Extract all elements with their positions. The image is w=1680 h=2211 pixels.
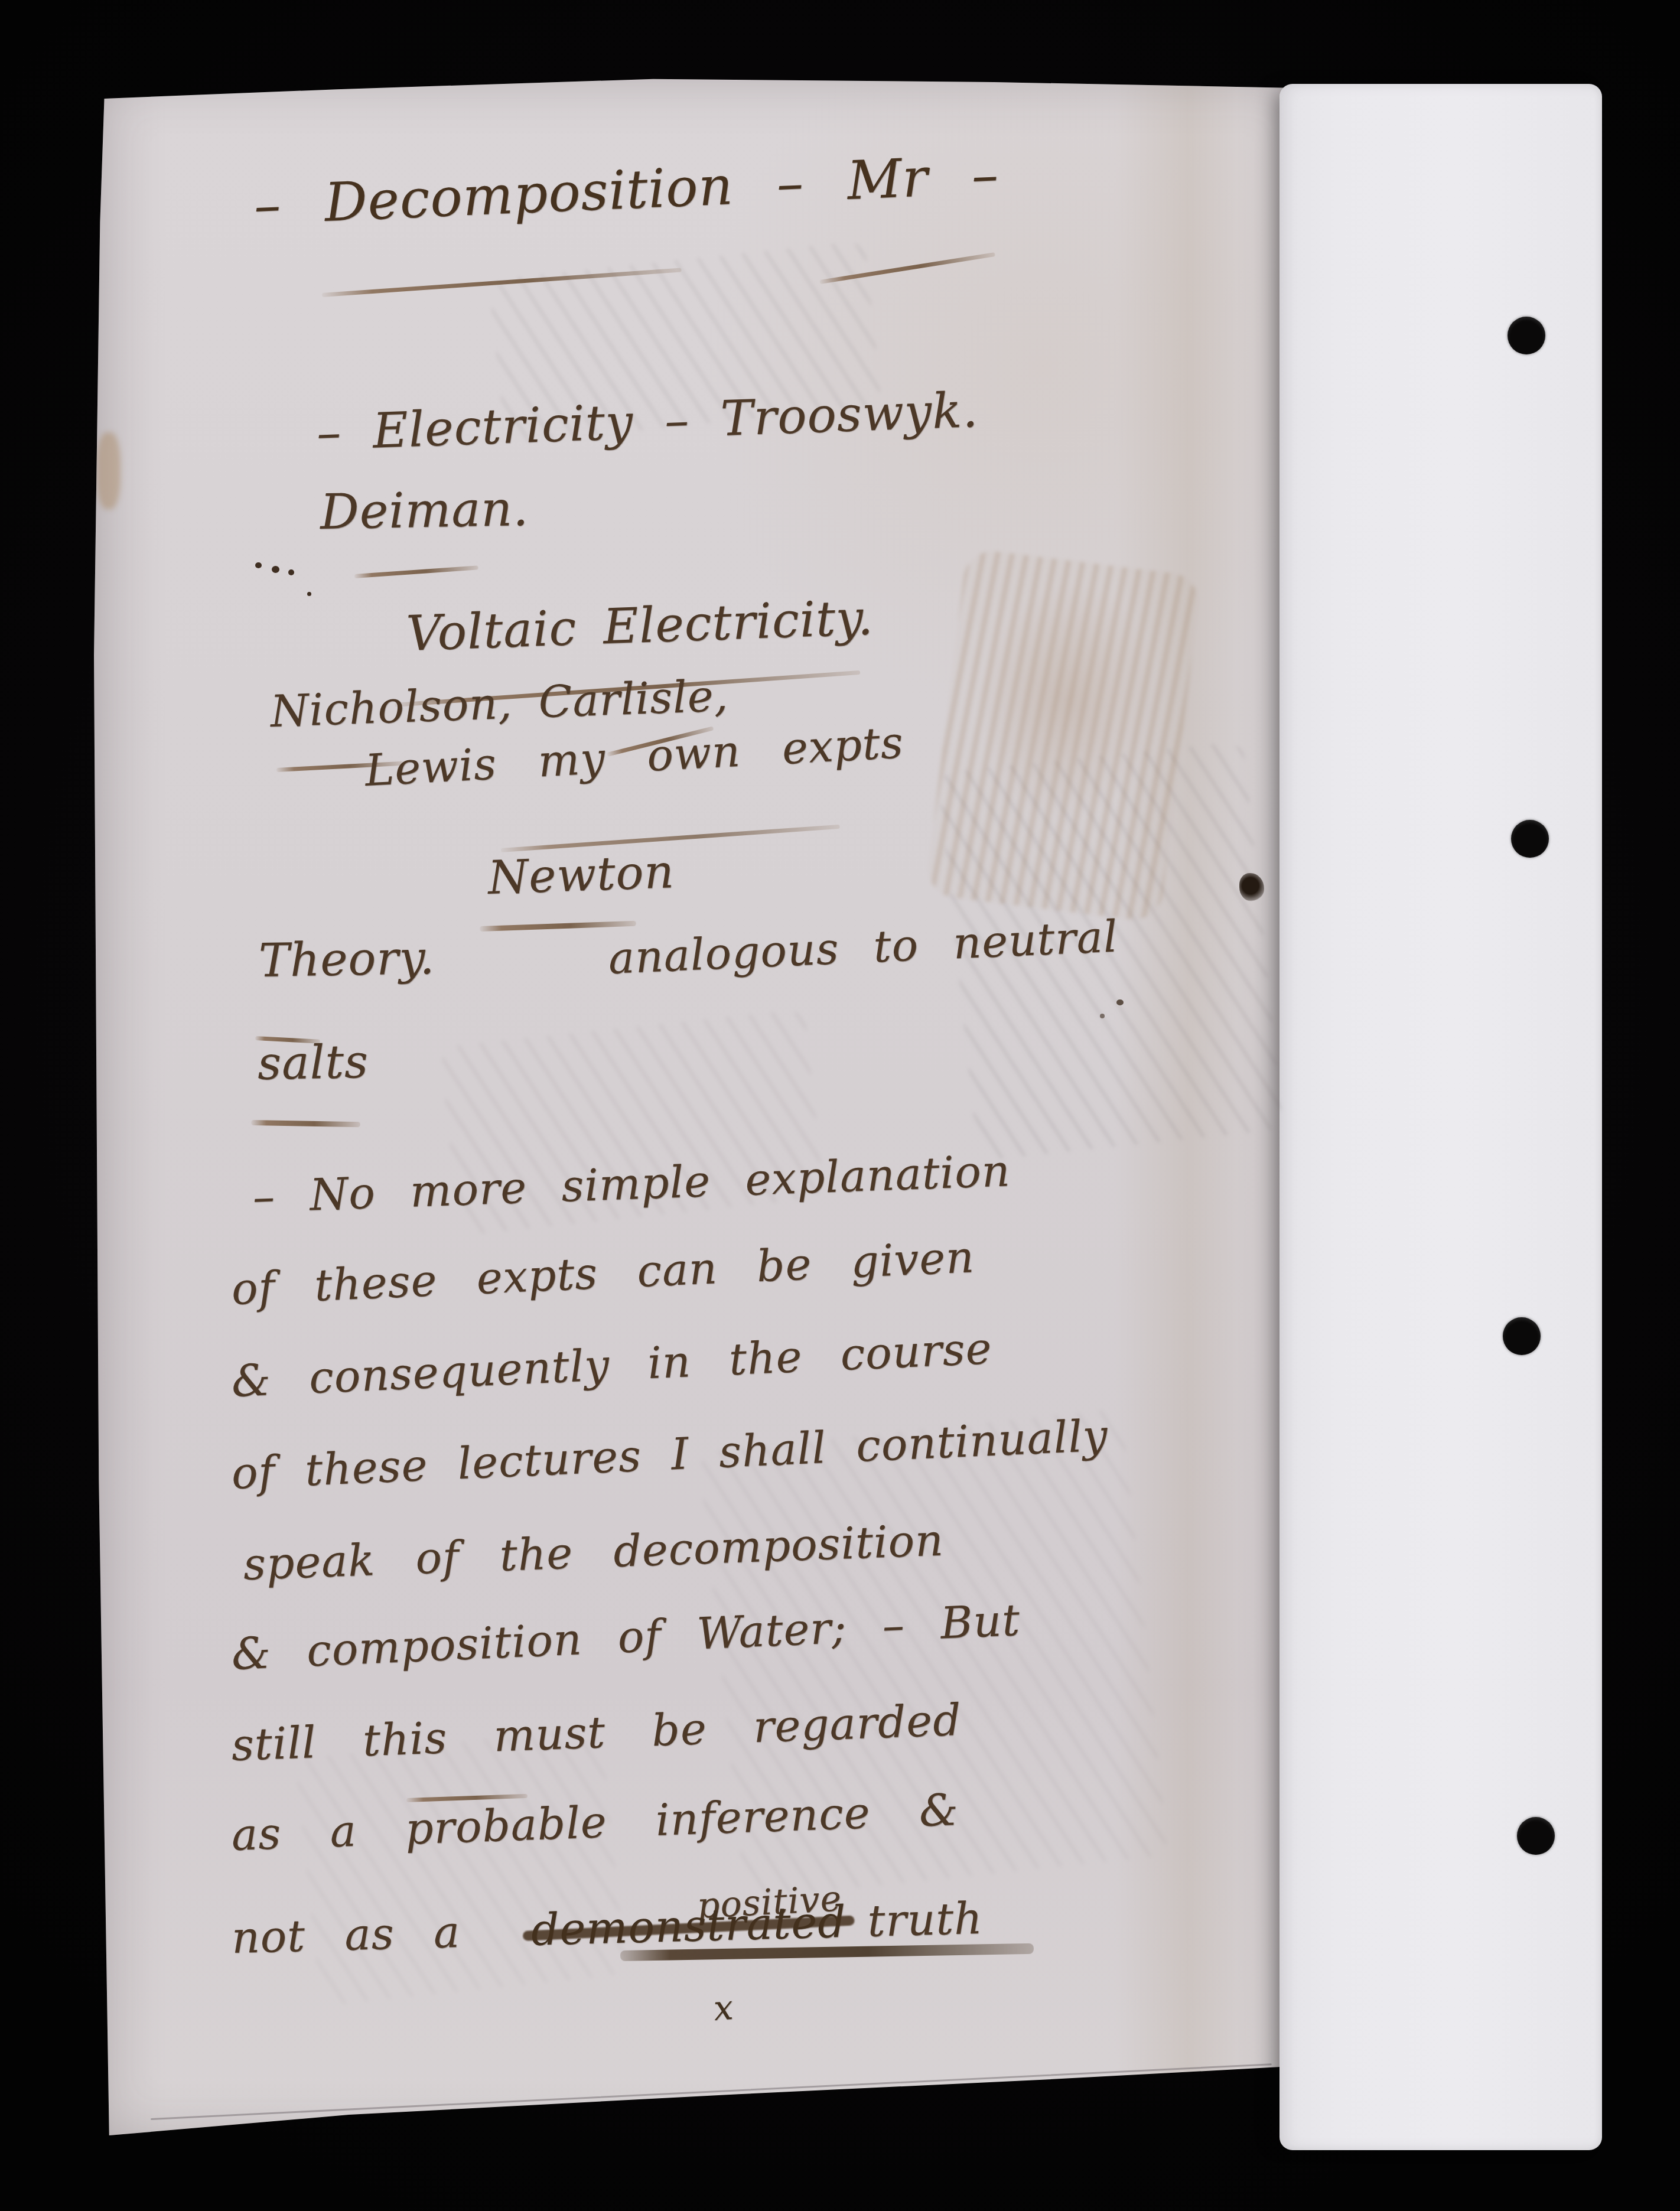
punch-hole (1511, 820, 1549, 858)
handwritten-line: Deiman. (320, 481, 529, 540)
ink-speck (1100, 1014, 1105, 1018)
handwritten-line: Newton (487, 845, 675, 905)
ink-speck (272, 566, 279, 573)
final-line-pre: not as a (231, 1907, 461, 1963)
ink-smudge (925, 548, 1202, 923)
caret-mark: x (712, 1987, 735, 2028)
ink-speck (255, 562, 262, 568)
ink-speck (288, 569, 294, 575)
paper-stain (97, 432, 121, 509)
manuscript-photo: – Decomposition – Mr – – Electricity – T… (0, 0, 1680, 2211)
ink-blot (1239, 873, 1264, 901)
punch-hole (1517, 1817, 1555, 1855)
ink-speck (1116, 999, 1124, 1005)
final-line-post: truth (867, 1893, 983, 1947)
ink-speck (307, 592, 311, 596)
punch-hole (1503, 1317, 1541, 1355)
handwritten-line: salts (257, 1036, 369, 1090)
bleed-through-ghost (295, 1727, 626, 2006)
punch-hole (1508, 317, 1545, 354)
handwritten-line: Theory. (258, 932, 435, 988)
